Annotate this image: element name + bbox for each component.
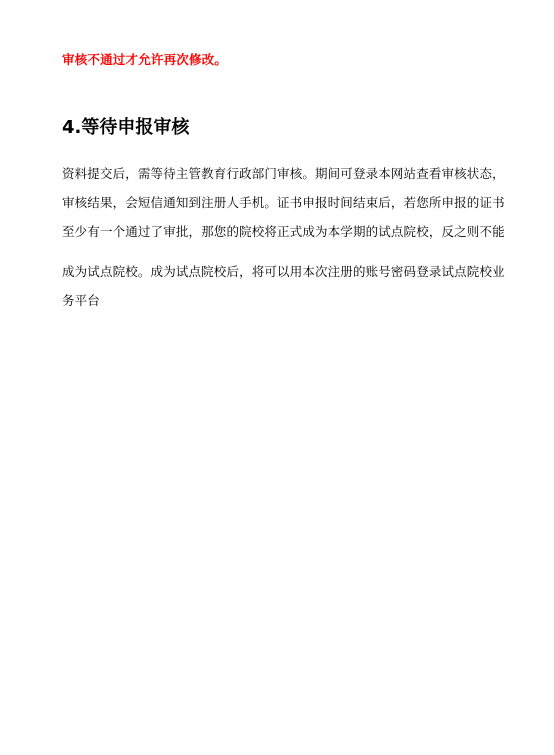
paragraph-line: 成为试点院校。成为试点院校后，将可以用本次注册的账号密码登录试点院校业 xyxy=(62,262,505,280)
paragraph-line: 务平台 xyxy=(62,291,100,309)
paragraph-line: 至少有一个通过了审批，那您的院校将正式成为本学期的试点院校，反之则不能 xyxy=(62,222,505,240)
paragraph-line: 审核结果，会短信通知到注册人手机。证书申报时间结束后，若您所申报的证书 xyxy=(62,193,505,211)
red-notice-text: 审核不通过才允许再次修改。 xyxy=(62,50,227,68)
section-heading: 4.等待申报审核 xyxy=(62,113,189,139)
document-page: 审核不通过才允许再次修改。 4.等待申报审核 资料提交后，需等待主管教育行政部门… xyxy=(0,0,554,755)
paragraph-line: 资料提交后，需等待主管教育行政部门审核。期间可登录本网站查看审核状态， xyxy=(62,164,505,182)
